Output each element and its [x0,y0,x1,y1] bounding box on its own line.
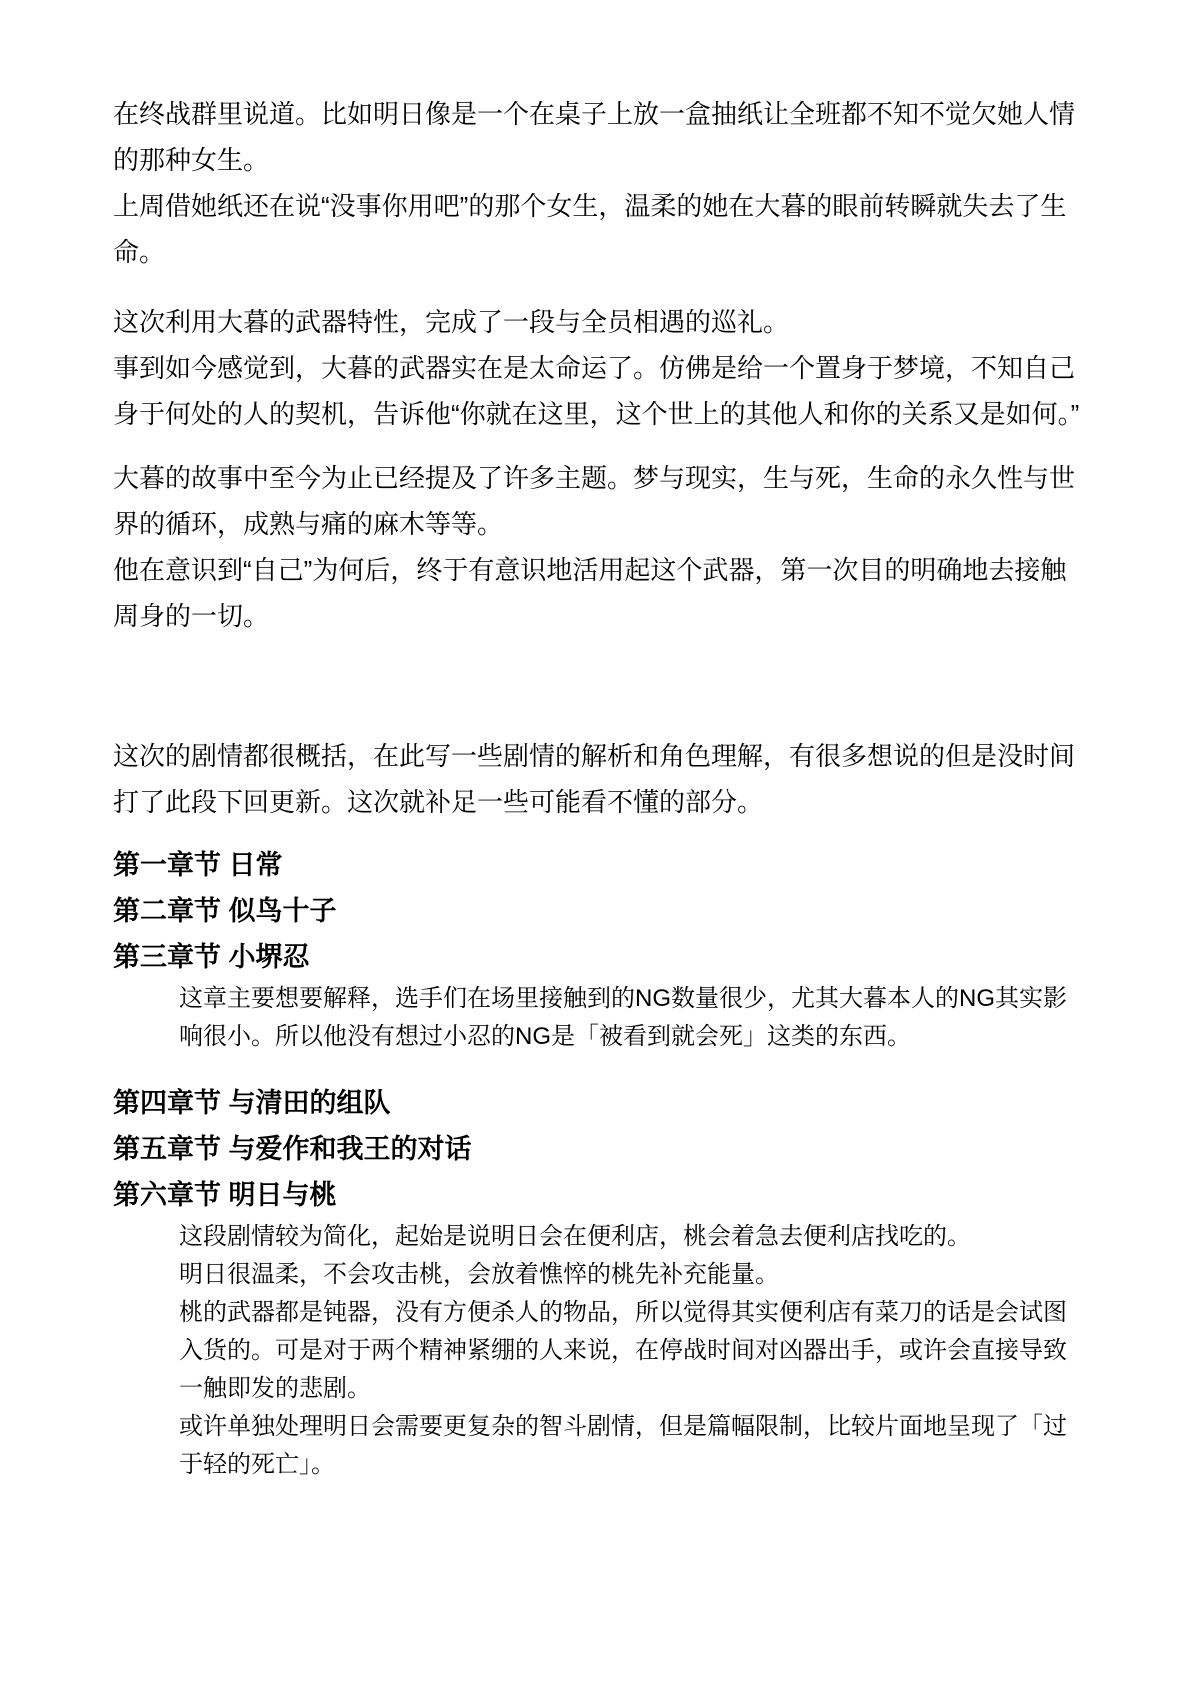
text-line: 上周借她纸还在说“没事你用吧”的那个女生，温柔的她在大暮的眼前转瞬就失去了生命。 [113,183,1085,275]
paragraph-4: 这次的剧情都很概括，在此写一些剧情的解析和角色理解，有很多想说的但是没时间打了此… [113,733,1085,825]
paragraph-3: 大暮的故事中至今为止已经提及了许多主题。梦与现实，生与死，生命的永久性与世界的循… [113,455,1085,639]
text-line: 这章主要想要解释，选手们在场里接触到的NG数量很少，尤其大暮本人的NG其实影响很… [179,980,1085,1056]
text-line: 这次利用大暮的武器特性，完成了一段与全员相遇的巡礼。 [113,299,1085,345]
chapter-heading-1: 第一章节 日常 [113,842,1085,888]
text-line: 事到如今感觉到，大暮的武器实在是太命运了。仿佛是给一个置身于梦境，不知自己身于何… [113,345,1085,437]
text-line: 这段剧情较为简化，起始是说明日会在便利店，桃会着急去便利店找吃的。 [179,1218,1085,1256]
chapter-heading-5: 第五章节 与爱作和我王的对话 [113,1126,1085,1172]
chapter-6-note: 这段剧情较为简化，起始是说明日会在便利店，桃会着急去便利店找吃的。 明日很温柔，… [113,1218,1085,1484]
text-line: 他在意识到“自己”为何后，终于有意识地活用起这个武器，第一次目的明确地去接触周身… [113,547,1085,639]
document-page: 在终战群里说道。比如明日像是一个在桌子上放一盒抽纸让全班都不知不觉欠她人情的那种… [0,0,1190,1683]
chapter-heading-4: 第四章节 与清田的组队 [113,1080,1085,1126]
text-line: 桃的武器都是钝器，没有方便杀人的物品，所以觉得其实便利店有菜刀的话是会试图入货的… [179,1294,1085,1408]
chapter-heading-2: 第二章节 似鸟十子 [113,888,1085,934]
chapter-3-note: 这章主要想要解释，选手们在场里接触到的NG数量很少，尤其大暮本人的NG其实影响很… [113,980,1085,1056]
text-line: 这次的剧情都很概括，在此写一些剧情的解析和角色理解，有很多想说的但是没时间打了此… [113,733,1085,825]
paragraph-2: 这次利用大暮的武器特性，完成了一段与全员相遇的巡礼。 事到如今感觉到，大暮的武器… [113,299,1085,437]
text-line: 大暮的故事中至今为止已经提及了许多主题。梦与现实，生与死，生命的永久性与世界的循… [113,455,1085,547]
text-line: 或许单独处理明日会需要更复杂的智斗剧情，但是篇幅限制，比较片面地呈现了「过于轻的… [179,1408,1085,1484]
text-line: 在终战群里说道。比如明日像是一个在桌子上放一盒抽纸让全班都不知不觉欠她人情的那种… [113,91,1085,183]
chapter-heading-6: 第六章节 明日与桃 [113,1172,1085,1218]
chapter-heading-3: 第三章节 小堺忍 [113,934,1085,980]
text-line: 明日很温柔，不会攻击桃，会放着憔悴的桃先补充能量。 [179,1256,1085,1294]
paragraph-1: 在终战群里说道。比如明日像是一个在桌子上放一盒抽纸让全班都不知不觉欠她人情的那种… [113,91,1085,275]
